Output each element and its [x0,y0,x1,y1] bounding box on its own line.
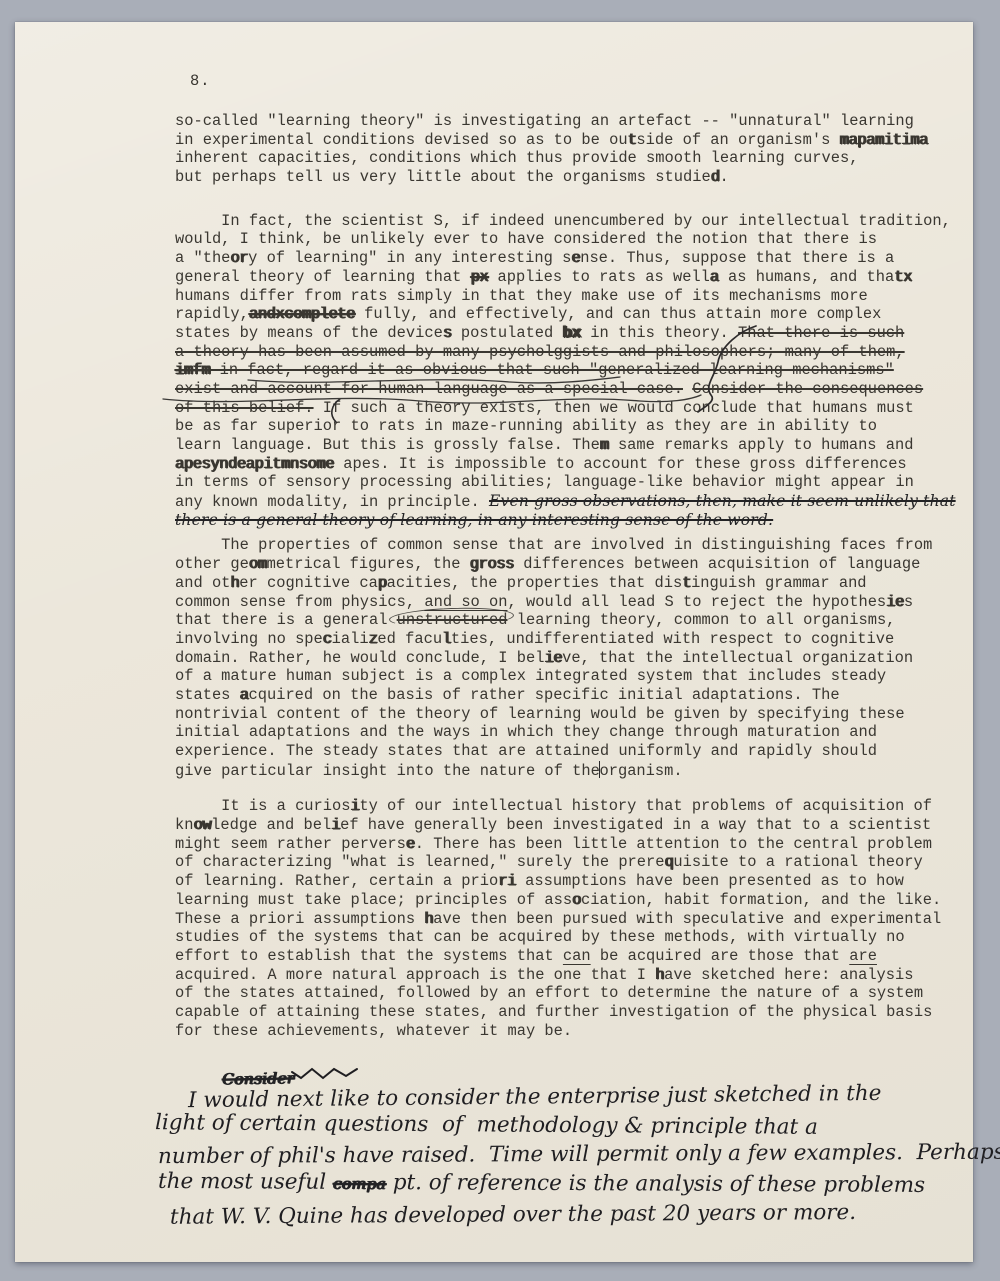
text-segment: ie [886,593,904,611]
text-segment: assumptions have been presented as to ho… [516,872,904,890]
text-segment: any known modality, in principle. [175,493,489,511]
text-segment: inguish grammar and [691,574,866,592]
text-segment: acquired. A more natural approach is the… [175,966,655,984]
text-segment [683,380,692,398]
text-segment: If such a theory exists, then we would c… [314,399,914,417]
typed-line: rapidly,andxcomplete fully, and effectiv… [175,305,975,324]
text-segment: organism. [599,762,682,780]
text-segment: general theory of learning that [175,268,471,286]
text-segment: give particular insight into the nature … [175,762,600,780]
typed-line: of learning. Rather, certain a priori as… [175,872,975,891]
text-segment: postulated [452,324,563,342]
text-segment: states [175,686,240,704]
text-segment: common sense from physics, [175,593,424,611]
screenshot-root: { "meta": { "page_number": "8." }, "colo… [0,0,1000,1281]
text-segment: domain. Rather, he would conclude, I bel [175,649,544,667]
text-segment: Consider the consequences [692,380,923,398]
text-segment: It is a curios [175,797,350,815]
text-segment: imfm [175,361,210,379]
typed-line: for these achievements, whatever it may … [175,1022,975,1041]
text-segment: ie [544,649,562,667]
typed-line: that there is a general unstructured lea… [175,611,975,630]
text-segment: in fact, regard it as obvious that such … [210,361,893,379]
text-segment: side of an organism's [636,131,839,149]
text-segment: experience. The steady states that are a… [175,742,877,760]
text-segment: unstructured [397,611,508,629]
text-segment: er cognitive ca [239,574,378,592]
text-segment: humans differ from rats simply in that t… [175,287,868,305]
typed-line: and other cognitive capacities, the prop… [175,574,975,593]
typed-line: of a mature human subject is a complex i… [175,667,975,686]
text-segment: ed facu [377,630,442,648]
text-segment: i [350,797,359,815]
typed-line: studies of the systems that can be acqui… [175,928,975,947]
typed-line: humans differ from rats simply in that t… [175,287,975,306]
text-segment: for these achievements, whatever it may … [175,1022,572,1040]
text-segment: apes. It is impossible to account for th… [334,455,907,473]
typewritten-paragraph: It is a curiosity of our intellectual hi… [175,797,975,1040]
text-segment: states by means of the device [175,324,443,342]
text-segment: kn [175,816,193,834]
handwritten-line: that W. V. Quine has developed over the … [170,1197,970,1232]
text-segment: that W. V. Quine has developed over the … [170,1200,856,1230]
typed-line: initial adaptations and the ways in whic… [175,723,975,742]
text-segment: rapidly, [175,305,249,323]
text-segment: In fact, the scientist S, if indeed unen… [175,212,951,230]
page-number: 8. [190,72,210,90]
typewritten-paragraph: In fact, the scientist S, if indeed unen… [175,212,975,530]
typed-line: give particular insight into the nature … [175,761,975,780]
typed-line: states acquired on the basis of rather s… [175,686,975,705]
text-segment: tx [894,268,912,286]
typed-line: in terms of sensory processing abilities… [175,473,975,492]
text-segment: pt. of reference is the analysis of thes… [386,1170,925,1198]
text-segment: inherent capacities, conditions which th… [175,149,858,167]
text-segment: can [563,947,591,965]
text-segment: initial adaptations and the ways in whic… [175,723,877,741]
text-segment: ave then been pursued with speculative a… [433,910,941,928]
text-segment: p [378,574,387,592]
typed-line: It is a curiosity of our intellectual hi… [175,797,975,816]
typed-line: so-called "learning theory" is investiga… [175,112,975,131]
text-segment: would, I think, be unlikely ever to have… [175,230,877,248]
text-segment: m [600,436,609,454]
text-segment: gross [470,555,514,573]
text-segment: t [682,574,691,592]
typed-line: any known modality, in principle. Even g… [175,492,975,511]
typed-line: general theory of learning that px appli… [175,268,975,287]
text-segment: iali [332,630,369,648]
text-segment: , would all lead S to reject the hypothe… [508,593,887,611]
text-segment: of the states attained, followed by an e… [175,984,923,1002]
text-segment: in experimental conditions devised so as… [175,131,628,149]
text-segment: so-called "learning theory" is investiga… [175,112,914,130]
typed-line: but perhaps tell us very little about th… [175,168,975,187]
text-segment: metrical figures, the [267,555,470,573]
text-segment: exist and account for human language as … [175,380,683,398]
typed-line: knowledge and belief have generally been… [175,816,975,835]
typewritten-paragraph: so-called "learning theory" is investiga… [175,112,975,187]
text-segment: . There has been little attention to the… [415,835,932,853]
text-segment: studies of the systems that can be acqui… [175,928,905,946]
typed-line: of characterizing "what is learned," sur… [175,853,975,872]
text-segment: mapamitima [840,131,928,149]
text-segment: h [424,910,433,928]
handwritten-line: the most useful compa pt. of reference i… [158,1167,970,1202]
handwritten-line: number of phil's have raised. Time will … [158,1138,970,1171]
text-segment: acities, the properties that dis [387,574,683,592]
typed-line: domain. Rather, he would conclude, I bel… [175,649,975,668]
text-segment: number of phil's have raised. Time will … [158,1140,1000,1169]
typewritten-paragraph: The properties of common sense that are … [175,536,975,779]
typed-line: other geommetrical figures, the gross di… [175,555,975,574]
text-segment: bx [563,324,581,342]
text-segment: ties, undifferentiated with respect to c… [451,630,894,648]
text-segment: e [406,835,415,853]
typed-line: exist and account for human language as … [175,380,975,399]
text-segment: other ge [175,555,249,573]
text-segment: a [710,268,719,286]
text-segment: ledge and bel [211,816,331,834]
text-segment: c [323,630,332,648]
text-segment: nontrivial content of the theory of lear… [175,705,905,723]
text-segment: as humans, and tha [719,268,894,286]
text-segment: learning theory, common to all organisms… [508,611,896,629]
text-segment: ave sketched here: analysis [664,966,913,984]
text-segment: or [230,249,248,267]
text-segment: of learning. Rather, certain a prio [175,872,498,890]
typed-line: a theory has been assumed by many psycho… [175,343,975,362]
typed-line: of this belief. If such a theory exists,… [175,399,975,418]
text-segment: ve, that the intellectual organization [562,649,913,667]
text-segment: differences between acquisition of langu… [514,555,920,573]
typed-line: The properties of common sense that are … [175,536,975,555]
text-segment: h [230,574,239,592]
text-segment: but perhaps tell us very little about th… [175,168,711,186]
text-segment: capable of attaining these states, and f… [175,1003,932,1021]
text-segment: a "the [175,249,230,267]
text-segment: of a mature human subject is a complex i… [175,667,886,685]
typed-line: of the states attained, followed by an e… [175,984,975,1003]
text-segment: learn language. But this is grossly fals… [175,436,600,454]
typed-line: experience. The steady states that are a… [175,742,975,761]
text-segment: e [571,249,580,267]
text-segment: nse. Thus, suppose that there is a [580,249,894,267]
text-segment: i [331,816,340,834]
typed-line: common sense from physics, and so on, wo… [175,593,975,612]
text-segment: are [849,947,877,965]
typewritten-text: so-called "learning theory" is investiga… [175,112,975,1065]
handwritten-segment: there is a general theory of learning, i… [175,511,773,529]
text-segment: learning must take place; principles of … [175,891,572,909]
text-segment: of characterizing "what is learned," sur… [175,853,665,871]
text-segment: ef have generally been investigated in a… [340,816,931,834]
typed-line: a "theory of learning" in any interestin… [175,249,975,268]
typed-line: imfm in fact, regard it as obvious that … [175,361,975,380]
typed-line: be as far superior to rats in maze-runni… [175,417,975,436]
text-segment: in this theory. [581,324,738,342]
text-segment: andxcomplete [249,305,355,323]
text-segment: apesyndeapitmnsome [175,455,334,473]
text-segment: s [443,324,452,342]
typed-line: These a priori assumptions have then bee… [175,910,975,929]
text-segment: That there is such [738,324,904,342]
text-segment: l [442,630,451,648]
text-segment: same remarks apply to humans and [609,436,914,454]
text-segment: The properties of common sense that are … [175,536,932,554]
text-segment: px [471,268,489,286]
text-segment: . [720,168,729,186]
text-segment: might seem rather pervers [175,835,406,853]
text-segment: cquired on the basis of rather specific … [249,686,840,704]
typed-line: apesyndeapitmnsome apes. It is impossibl… [175,455,975,474]
typed-line: capable of attaining these states, and f… [175,1003,975,1022]
text-segment: s [904,593,913,611]
text-segment: be acquired are those that [591,947,850,965]
typed-line: states by means of the devices postulate… [175,324,975,343]
text-segment: the most useful [158,1169,333,1195]
text-segment: d [711,168,720,186]
text-segment: ri [498,872,516,890]
typed-line: involving no specialized faculties, undi… [175,630,975,649]
typed-line: learning must take place; principles of … [175,891,975,910]
text-segment: light of certain questions of methodolog… [155,1110,818,1140]
text-segment: and ot [175,574,230,592]
text-segment: involving no spe [175,630,323,648]
typed-line: acquired. A more natural approach is the… [175,966,975,985]
text-segment: applies to rats as well [488,268,710,286]
text-segment: om [249,555,267,573]
typed-line: effort to establish that the systems tha… [175,947,975,966]
typed-line: nontrivial content of the theory of lear… [175,705,975,724]
typed-line: In fact, the scientist S, if indeed unen… [175,212,975,231]
text-segment: ow [193,816,211,834]
text-segment: o [572,891,581,909]
text-segment: ciation, habit formation, and the like. [581,891,941,909]
text-segment: y of learning" in any interesting s [248,249,571,267]
typed-line: learn language. But this is grossly fals… [175,436,975,455]
text-segment: uisite to a rational theory [673,853,922,871]
typed-line: would, I think, be unlikely ever to have… [175,230,975,249]
text-segment: that there is a general [175,611,397,629]
text-segment: h [655,966,664,984]
handwritten-note: ConsiderI would next like to consider th… [150,1058,970,1229]
text-segment: fully, and effectively, and can thus att… [355,305,881,323]
typed-line: inherent capacities, conditions which th… [175,149,975,168]
text-segment: be as far superior to rats in maze-runni… [175,417,877,435]
handwritten-segment: compa [333,1175,386,1193]
handwritten-segment: Even gross observations, then, make it s… [489,492,956,510]
text-segment: ty of our intellectual history that prob… [359,797,932,815]
text-segment: in terms of sensory processing abilities… [175,473,914,491]
typed-line: might seem rather perverse. There has be… [175,835,975,854]
text-segment: These a priori assumptions [175,910,424,928]
typed-line: there is a general theory of learning, i… [175,511,975,530]
typed-line: in experimental conditions devised so as… [175,131,975,150]
text-segment: effort to establish that the systems tha… [175,947,563,965]
text-segment: a theory has been assumed by many psycho… [175,343,905,361]
text-segment: a [240,686,249,704]
text-segment: of this belief. [175,399,314,417]
